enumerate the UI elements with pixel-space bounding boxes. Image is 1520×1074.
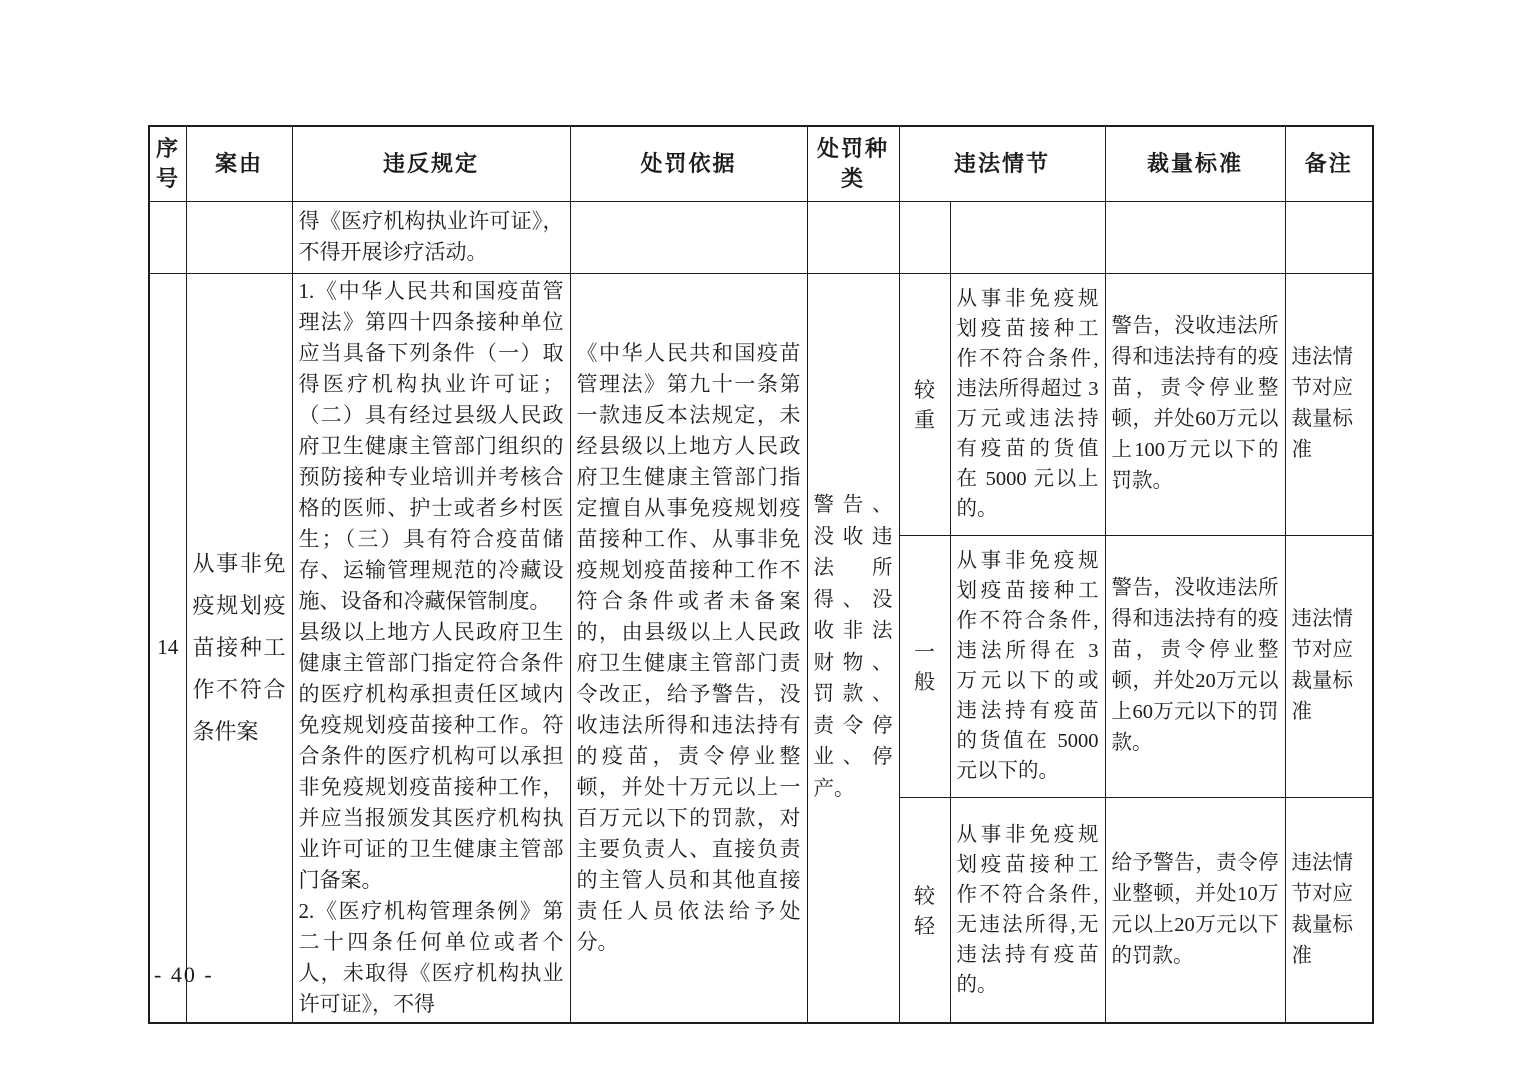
empty-cell (149, 201, 186, 273)
circumstance-text-light: 从事非免疫规划疫苗接种工作不符合条件,无违法所得,无违法持有疫苗的。 (957, 820, 1099, 1000)
standard-text-general: 警告，没收违法所得和违法持有的疫苗，责令停业整顿，并处20万元以上60万元以下的… (1112, 573, 1279, 759)
header-case: 案由 (186, 126, 292, 201)
header-standard: 裁量标准 (1105, 126, 1285, 201)
empty-cell (186, 201, 292, 273)
remark-cell-severe: 违法情节对应裁量标准 (1285, 273, 1373, 535)
remark-text-general: 违法情节对应裁量标准 (1292, 604, 1367, 728)
row-14-penalty-basis-cell: 《中华人民共和国疫苗管理法》第九十一条第一款违反本法规定，未经县级以上地方人民政… (570, 273, 807, 1023)
header-circumstance: 违法情节 (899, 126, 1105, 201)
page-number: - 40 - (154, 962, 214, 988)
standard-cell-severe: 警告，没收违法所得和违法持有的疫苗，责令停业整顿，并处60万元以上100万元以下… (1105, 273, 1285, 535)
severity-label-severe: 较重 (899, 273, 950, 535)
violation-paragraph-3: 2.《医疗机构管理条例》第二十四条任何单位或者个人，未取得《医疗机构执业许可证》… (299, 896, 564, 1020)
row-14-violation-cell: 1.《中华人民共和国疫苗管理法》第四十四条接种单位应当具备下列条件（一）取得医疗… (292, 273, 570, 1023)
empty-cell (1105, 201, 1285, 273)
table-header-row: 序号 案由 违反规定 处罚依据 处罚种类 违法情节 裁量标准 备注 (149, 126, 1373, 201)
document-page: 序号 案由 违反规定 处罚依据 处罚种类 违法情节 裁量标准 备注 得《医疗机构… (0, 0, 1520, 1074)
violation-paragraph-1: 1.《中华人民共和国疫苗管理法》第四十四条接种单位应当具备下列条件（一）取得医疗… (299, 276, 564, 617)
penalty-basis-text: 《中华人民共和国疫苗管理法》第九十一条第一款违反本法规定，未经县级以上地方人民政… (577, 338, 801, 958)
carryover-violation-cell: 得《医疗机构执业许可证》，不得开展诊疗活动。 (292, 201, 570, 273)
severity-label-light: 较轻 (899, 798, 950, 1023)
penalty-types-text: 警告、没收违法所得、没收非法财物、罚款、责令停业、停产。 (814, 490, 893, 805)
circumstance-cell-general: 从事非免疫规划疫苗接种工作不符合条件,违法所得在 3 万元以下的或违法持有疫苗的… (950, 535, 1105, 797)
remark-cell-general: 违法情节对应裁量标准 (1285, 535, 1373, 797)
standard-cell-general: 警告，没收违法所得和违法持有的疫苗，责令停业整顿，并处20万元以上60万元以下的… (1105, 535, 1285, 797)
row-14-penalty-types-cell: 警告、没收违法所得、没收非法财物、罚款、责令停业、停产。 (807, 273, 899, 1023)
remark-text-light: 违法情节对应裁量标准 (1292, 848, 1367, 972)
carryover-row: 得《医疗机构执业许可证》，不得开展诊疗活动。 (149, 201, 1373, 273)
severity-label-general: 一般 (899, 535, 950, 797)
row-14-seq: 14 (149, 273, 186, 1023)
standard-text-severe: 警告，没收违法所得和违法持有的疫苗，责令停业整顿，并处60万元以上100万元以下… (1112, 311, 1279, 497)
row-14-case-name: 从事非免疫规划疫苗接种工作不符合条件案 (186, 273, 292, 1023)
standard-cell-light: 给予警告，责令停业整顿，并处10万元以上20万元以下的罚款。 (1105, 798, 1285, 1023)
header-violation: 违反规定 (292, 126, 570, 201)
empty-cell (1285, 201, 1373, 273)
header-seq: 序号 (149, 126, 186, 201)
standard-text-light: 给予警告，责令停业整顿，并处10万元以上20万元以下的罚款。 (1112, 848, 1279, 972)
header-remark: 备注 (1285, 126, 1373, 201)
empty-cell (570, 201, 807, 273)
circumstance-text-general: 从事非免疫规划疫苗接种工作不符合条件,违法所得在 3 万元以下的或违法持有疫苗的… (957, 546, 1099, 786)
circumstance-text-severe: 从事非免疫规划疫苗接种工作不符合条件,违法所得超过 3 万元或违法持有疫苗的货值… (957, 284, 1099, 524)
carryover-violation-text: 得《医疗机构执业许可证》，不得开展诊疗活动。 (299, 206, 564, 268)
header-types: 处罚种类 (807, 126, 899, 201)
remark-text-severe: 违法情节对应裁量标准 (1292, 342, 1367, 466)
empty-cell (950, 201, 1105, 273)
row-14-subrow-severe: 14 从事非免疫规划疫苗接种工作不符合条件案 1.《中华人民共和国疫苗管理法》第… (149, 273, 1373, 535)
violation-paragraph-2: 县级以上地方人民政府卫生健康主管部门指定符合条件的医疗机构承担责任区域内免疫规划… (299, 617, 564, 896)
empty-cell (807, 201, 899, 273)
remark-cell-light: 违法情节对应裁量标准 (1285, 798, 1373, 1023)
circumstance-cell-light: 从事非免疫规划疫苗接种工作不符合条件,无违法所得,无违法持有疫苗的。 (950, 798, 1105, 1023)
empty-cell (899, 201, 950, 273)
header-basis: 处罚依据 (570, 126, 807, 201)
circumstance-cell-severe: 从事非免疫规划疫苗接种工作不符合条件,违法所得超过 3 万元或违法持有疫苗的货值… (950, 273, 1105, 535)
penalty-discretion-table: 序号 案由 违反规定 处罚依据 处罚种类 违法情节 裁量标准 备注 得《医疗机构… (148, 125, 1374, 1024)
